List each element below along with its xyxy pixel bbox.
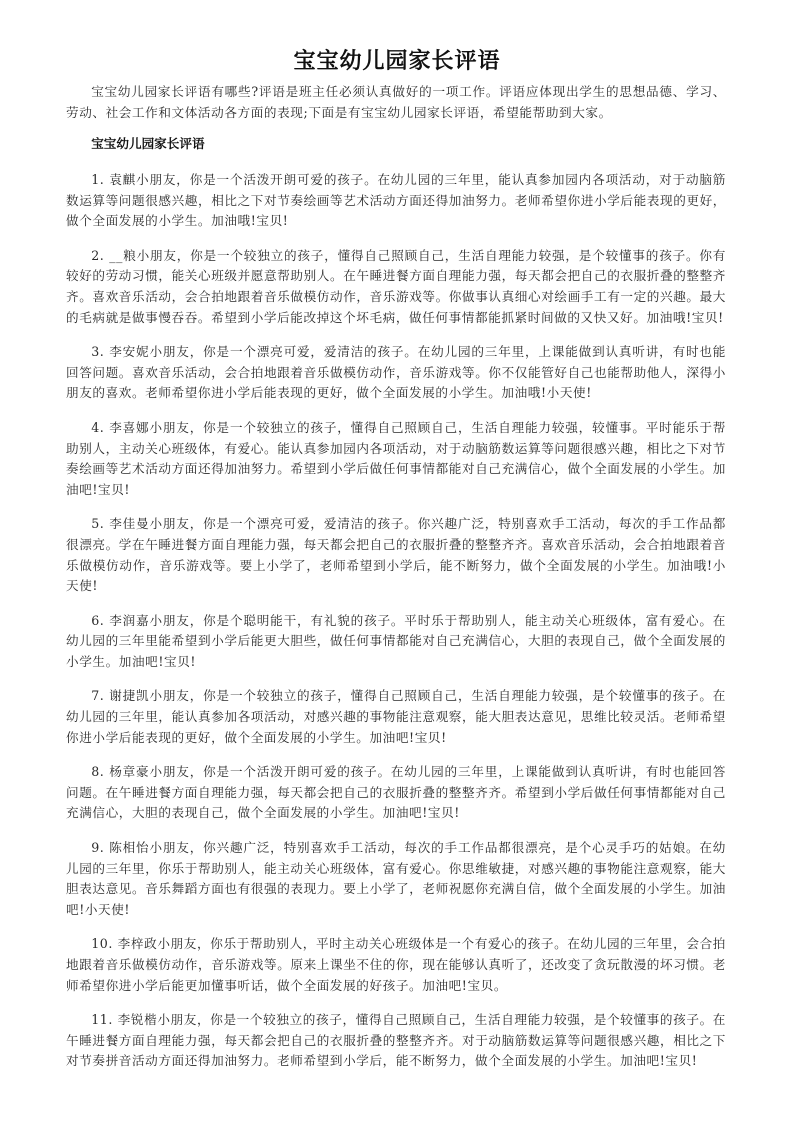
comment-item: 5. 李佳曼小朋友，你是一个漂亮可爱，爱清洁的孩子。你兴趣广泛，特别喜欢手工活动… [66,514,726,596]
comment-item: 7. 谢捷凯小朋友，你是一个较独立的孩子，懂得自己照顾自己，生活自理能力较强，是… [66,686,726,748]
comment-item: 1. 袁麒小朋友，你是一个活泼开朗可爱的孩子。在幼儿园的三年里，能认真参加园内各… [66,170,726,232]
comment-item: 11. 李锐楷小朋友，你是一个较独立的孩子，懂得自己照顾自己，生活自理能力较强，… [66,1010,726,1072]
comment-item: 6. 李润嘉小朋友，你是个聪明能干，有礼貌的孩子。平时乐于帮助别人，能主动关心班… [66,611,726,673]
comment-item: 3. 李安妮小朋友，你是一个漂亮可爱，爱清洁的孩子。在幼儿园的三年里，上课能做到… [66,342,726,404]
comment-item: 9. 陈相怡小朋友，你兴趣广泛，特别喜欢手工活动，每次的手工作品都很漂亮，是个心… [66,838,726,920]
comment-list: 1. 袁麒小朋友，你是一个活泼开朗可爱的孩子。在幼儿园的三年里，能认真参加园内各… [66,170,726,1086]
comment-item: 8. 杨章豪小朋友，你是一个活泼开朗可爱的孩子。在幼儿园的三年里，上课能做到认真… [66,762,726,824]
comment-item: 2. __粮小朋友，你是一个较独立的孩子，懂得自己照顾自己，生活自理能力较强，是… [66,246,726,328]
page-title: 宝宝幼儿园家长评语 [0,47,794,77]
comment-item: 4. 李喜娜小朋友，你是一个较独立的孩子，懂得自己照顾自己，生活自理能力较强，较… [66,418,726,500]
comment-item: 10. 李梓政小朋友，你乐于帮助别人，平时主动关心班级体是一个有爱心的孩子。在幼… [66,934,726,996]
intro-paragraph: 宝宝幼儿园家长评语有哪些?评语是班主任必须认真做好的一项工作。评语应体现出学生的… [66,82,726,123]
section-heading: 宝宝幼儿园家长评语 [66,134,726,154]
